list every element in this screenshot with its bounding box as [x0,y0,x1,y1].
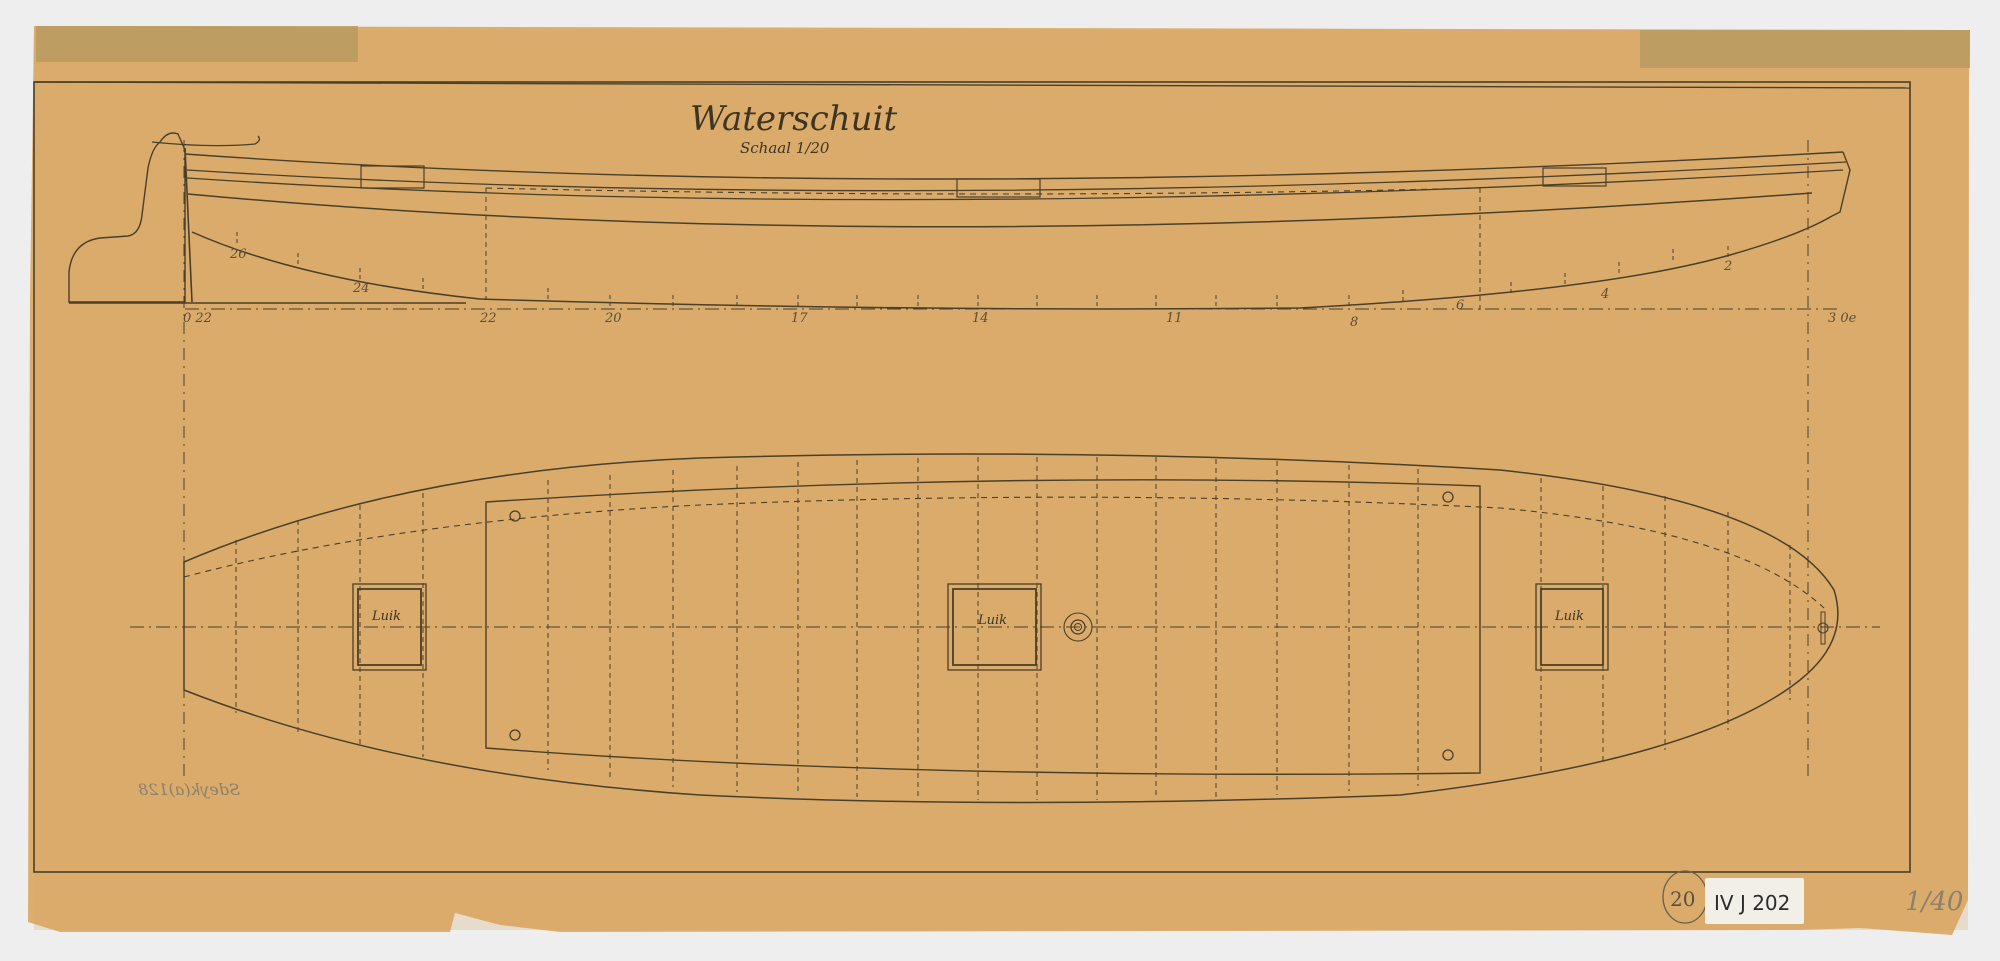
station-label: 22 [479,311,497,326]
station-label: 0 22 [183,311,212,326]
paper-tone [34,30,1968,930]
station-label: 26 [229,247,247,262]
station-label: 14 [972,311,989,326]
hatch-label: Luik [977,613,1007,628]
station-label: 6 [1456,298,1464,313]
tape-strip-left [36,26,358,62]
station-label: 17 [791,311,808,326]
tape-strip-right [1640,30,1970,68]
catalog-number: IV J 202 [1714,891,1790,915]
station-label: 4 [1600,287,1609,302]
hatch-label: Luik [1554,609,1584,624]
catalog-sticker: IV J 202 [1705,878,1804,924]
pencil-fraction: 1/40 [1905,887,1963,917]
technical-drawing-sheet: Waterschuit Schaal 1/20 [0,0,2000,961]
station-label: 2 [1723,259,1732,274]
station-label: 11 [1166,311,1183,326]
station-label: 8 [1350,315,1358,330]
hatch-label: Luik [371,609,401,624]
scale-note: Schaal 1/20 [740,139,830,157]
station-label: 3 0e [1828,311,1857,326]
mirrored-pencil-note: Sdeyk(a)128 [138,780,240,799]
station-label: 24 [352,281,370,296]
circled-number: 20 [1670,887,1695,911]
station-label: 20 [604,311,622,326]
drawing-title: Waterschuit [690,99,897,139]
